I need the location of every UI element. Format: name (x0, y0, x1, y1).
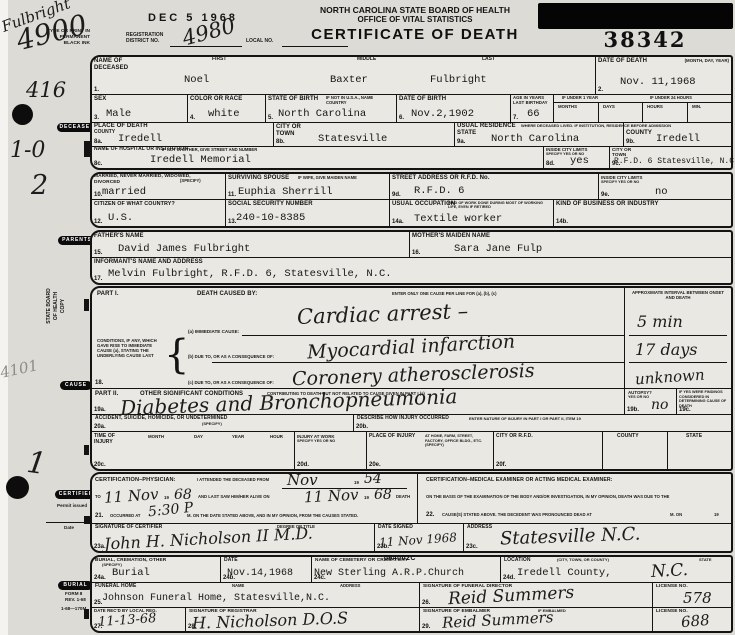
field-name-of-deceased: NAME OF DECEASED FIRST MIDDLE LAST 1. No… (92, 57, 596, 94)
residence-city-label: CITY OR TOWN (612, 147, 638, 158)
field-injury-county: COUNTY (603, 432, 668, 469)
ssn-label: SOCIAL SECURITY NUMBER (228, 201, 313, 208)
item-number: 1. (94, 87, 99, 93)
state-of-birth-label: STATE OF BIRTH (268, 96, 318, 103)
item-number: 24a. (94, 575, 106, 581)
date-of-birth-value: Nov.2,1902 (411, 108, 474, 120)
field-marital-status: MARRIED, NEVER MARRIED, WIDOWED, DIVORCE… (92, 174, 226, 199)
death-county-value: Iredell (118, 133, 162, 145)
occupation-sublabel: KIND OF WORK DONE DURING MOST OF WORKING… (448, 201, 548, 210)
field-state-of-birth: STATE OF BIRTH IF NOT IN U.S.A., NAME CO… (266, 95, 397, 122)
certifier-address-value: Statesville N.C. (500, 524, 641, 550)
place-of-injury-label: PLACE OF INJURY (369, 434, 415, 440)
usual-residence-label: USUAL RESIDENCE (457, 123, 516, 130)
injury-state-label: STATE (686, 434, 702, 440)
race-label: COLOR OR RACE (190, 96, 242, 103)
interval-line-a (629, 335, 727, 336)
due-to-b-label: (b) DUE TO, OR AS A CONSEQUENCE OF: (188, 355, 274, 360)
citizen-value: U.S. (108, 212, 133, 224)
section-cause: PART I. DEATH CAUSED BY: ENTER ONLY ONE … (90, 286, 733, 471)
informant-value: Melvin Fulbright, R.F.D. 6, Statesville,… (108, 268, 392, 280)
field-hospital: NAME OF HOSPITAL OR INSTITUTION IF NOT I… (92, 147, 544, 168)
funeral-home-value: Johnson Funeral Home, Statesville,N.C. (102, 593, 330, 604)
field-father: FATHER'S NAME 15. David James Fulbright (92, 232, 410, 257)
item-number: 15. (94, 250, 102, 256)
field-how-injury: DESCRIBE HOW INJURY OCCURRED ENTER NATUR… (354, 415, 731, 431)
year-prefix: 19 (364, 495, 369, 500)
injury-at-work-sublabel: SPECIFY YES OR NO (297, 439, 335, 443)
interval-a-value: 5 min (637, 312, 683, 331)
first-label: FIRST (212, 57, 226, 63)
margin-note-2: 2 (31, 170, 48, 201)
item-number: 8d. (546, 161, 555, 167)
item-number: 20c. (94, 462, 106, 468)
conditions-note: CONDITIONS, IF ANY, WHICH GAVE RISE TO I… (97, 338, 163, 359)
hospital-value: Iredell Memorial (150, 154, 251, 166)
spouse-label: SURVIVING SPOUSE (228, 175, 289, 182)
item-number: 22. (426, 512, 434, 518)
field-inside-city-limits-death: INSIDE CITY LIMITS SPECIFY YES OR NO 8d.… (544, 147, 610, 168)
field-street-address: STREET ADDRESS OR R.F.D. No. 9d. R.F.D. … (390, 174, 599, 199)
field-residence-state: USUAL RESIDENCE WHERE DECEASED LIVED. IF… (455, 123, 624, 146)
field-age-min: MIN. (688, 103, 731, 122)
item-number: 9e. (601, 192, 609, 198)
field-age-months: MONTHS (554, 103, 599, 122)
last-saw-label: AND LAST SAW HIM/HER ALIVE ON (198, 495, 270, 500)
registrar-signature: H. Nicholson D.O.S (192, 608, 349, 632)
certification-examiner-label: CERTIFICATION–MEDICAL EXAMINER OR ACTING… (426, 478, 613, 484)
street-address-label: STREET ADDRESS OR R.F.D. No. (392, 175, 490, 182)
attended-from-label: I ATTENDED THE DECEASED FROM (197, 478, 269, 483)
certification-physician-label: CERTIFICATION–PHYSICIAN: (95, 477, 176, 483)
occurred-rest-label: M. ON THE DATE STATED ABOVE, AND IN MY O… (187, 514, 358, 519)
item-number: 14a. (392, 219, 404, 225)
item-number: 20f. (496, 462, 506, 468)
cause-interval-column: APPROXIMATE INTERVAL BETWEEN ONSET AND D… (625, 288, 731, 388)
cause-instruction: ENTER ONLY ONE CAUSE PER LINE FOR (a), (… (392, 292, 496, 297)
field-age-under: IF UNDER 1 YEAR IF UNDER 24 HOURS MONTHS… (554, 95, 731, 122)
residence-city-value: R.F.D. 6 Statesville, N.C. (614, 157, 735, 166)
field-date-received: DATE REC'D BY LOCAL REG. 27. 11-13-68 (92, 608, 186, 631)
field-age-hours: HOURS (643, 103, 688, 122)
registration-district-label: REGISTRATION DISTRICT NO. (126, 32, 184, 44)
days-label: DAYS (603, 104, 615, 109)
item-number: 17. (94, 276, 102, 282)
autopsy-sublabel: YES OR NO (628, 395, 649, 399)
year-prefix: 19 (354, 480, 359, 485)
hospital-sublabel: IF NOT IN EITHER, GIVE STREET AND NUMBER (162, 148, 257, 153)
field-industry: KIND OF BUSINESS OR INDUSTRY 14b. (554, 200, 731, 226)
field-age: AGE IN YEARS LAST BIRTHDAY 7. 66 (511, 95, 554, 122)
field-certification-physician: CERTIFICATION–PHYSICIAN: I ATTENDED THE … (92, 474, 418, 523)
field-surviving-spouse: SURVIVING SPOUSE IF WIFE, GIVE MAIDEN NA… (226, 174, 390, 199)
fune­ral-home-name-sublabel: NAME (232, 584, 244, 589)
attended-from-year: 54 (364, 471, 382, 487)
industry-label: KIND OF BUSINESS OR INDUSTRY (556, 201, 659, 208)
item-number: 7. (513, 115, 518, 121)
months-label: MONTHS (558, 104, 577, 109)
item-number: 11. (228, 192, 236, 198)
examiner-text2: CAUSE(S) STATED ABOVE. THE DECEDENT WAS … (442, 513, 592, 518)
field-date-of-birth: DATE OF BIRTH 6. Nov.2,1902 (397, 95, 511, 122)
tab-cause: CAUSE (60, 381, 92, 390)
location-label: LOCATION (504, 558, 531, 564)
field-residence-city: CITY OR TOWN 9c. R.F.D. 6 Statesville, N… (610, 147, 731, 168)
name-label: NAME OF DECEASED (94, 58, 128, 72)
field-certification-examiner: CERTIFICATION–MEDICAL EXAMINER OR ACTING… (418, 474, 731, 523)
place-of-injury-sublabel: AT HOME, FARM, STREET, FACTORY, OFFICE B… (425, 434, 491, 448)
injury-county-label: COUNTY (617, 434, 639, 440)
field-date-of-death: DATE OF DEATH (MONTH, DAY, YEAR) 2. Nov.… (596, 57, 731, 94)
date-of-death-sublabel: (MONTH, DAY, YEAR) (685, 58, 729, 63)
ink-instruction: TYPE OR PRINT IN PERMANENT BLACK INK (44, 29, 90, 46)
month-label: MONTH (148, 434, 164, 439)
field-burial-date: DATE 24b. Nov.14,1968 (221, 557, 312, 582)
residence-state-value: North Carolina (491, 133, 579, 145)
marital-value: married (102, 186, 146, 198)
field-death-county: PLACE OF DEATH COUNTY 8a. Iredell (92, 123, 274, 146)
time-of-injury-label: TIME OF INJURY (94, 434, 124, 446)
part1-label: PART I. (97, 291, 119, 298)
informant-label: INFORMANT'S NAME AND ADDRESS (94, 259, 203, 266)
item-number: 4. (190, 115, 195, 121)
section-burial: BURIAL, CREMATION, OTHER (SPECIFY) 24a. … (90, 555, 733, 633)
examiner-text4: 19 (714, 513, 719, 518)
last-label: LAST (482, 57, 495, 63)
death-city-value: Statesville (318, 133, 387, 145)
inside-city-limits-value: yes (570, 155, 589, 167)
part2-label: PART II. (95, 391, 118, 398)
field-burial-type: BURIAL, CREMATION, OTHER (SPECIFY) 24a. … (92, 557, 221, 582)
injury-city-label: CITY OR R.F.D. (496, 434, 533, 440)
margin-note-1-0: 1-0 (10, 138, 45, 163)
section-personal: MARRIED, NEVER MARRIED, WIDOWED, DIVORCE… (90, 172, 733, 228)
item-number: 9b. (626, 139, 635, 145)
location-sublabel: (CITY, TOWN, OR COUNTY) (557, 558, 609, 563)
cemetery-stamp-code: 064002C (384, 555, 416, 562)
field-signature-of-certifier: SIGNATURE OF CERTIFIER DEGREE OR TITLE 2… (92, 524, 375, 551)
form-number: FORM 8 REV. 1-68 (65, 591, 93, 602)
permit-issued-label: Permit issued (57, 503, 91, 509)
item-number: 29. (422, 624, 430, 630)
item-number: 24d. (503, 575, 515, 581)
license-1-value: 578 (683, 589, 712, 607)
field-injury-state: STATE (668, 432, 731, 469)
cause-part1-area: PART I. DEATH CAUSED BY: ENTER ONLY ONE … (92, 288, 625, 388)
item-number: 18. (95, 380, 103, 386)
interval-header: APPROXIMATE INTERVAL BETWEEN ONSET AND D… (631, 290, 725, 300)
how-injury-sublabel: ENTER NATURE OF INJURY IN PART I OR PART… (469, 417, 581, 422)
field-funeral-home: FUNERAL HOME NAME ADDRESS 25. Johnson Fu… (92, 583, 420, 607)
under-24-hours-label: IF UNDER 24 HOURS (650, 96, 692, 101)
field-findings: IF YES WERE FINDINGS CONSIDERED IN DETER… (677, 389, 731, 414)
certificate-form: NAME OF DECEASED FIRST MIDDLE LAST 1. No… (90, 55, 733, 633)
item-number: 8b. (276, 139, 285, 145)
residence-county-value: Iredell (656, 133, 700, 145)
hours-label: HOURS (647, 104, 663, 109)
middle-name-value: Baxter (330, 74, 368, 86)
signature-certifier-label: SIGNATURE OF CERTIFIER (95, 525, 162, 531)
date-received-value: 11-13-68 (98, 611, 157, 630)
field-sex: SEX 3. Male (92, 95, 188, 122)
accident-sublabel: (SPECIFY) (202, 422, 222, 427)
inside-city-limits-value: no (655, 186, 668, 198)
section-deceased: NAME OF DECEASED FIRST MIDDLE LAST 1. No… (90, 55, 733, 170)
field-time-of-injury: TIME OF INJURY MONTH DAY YEAR HOUR 20c. (92, 432, 295, 469)
examiner-text3: M. ON (670, 513, 682, 518)
day-label: DAY (194, 434, 203, 439)
field-place-of-injury: PLACE OF INJURY AT HOME, FARM, STREET, F… (367, 432, 494, 469)
item-number: 9a. (457, 139, 465, 145)
how-injury-label: DESCRIBE HOW INJURY OCCURRED (357, 416, 449, 422)
field-race: COLOR OR RACE 4. white (188, 95, 266, 122)
item-number: 21. (95, 513, 103, 519)
mother-value: Sara Jane Fulp (454, 243, 542, 255)
immediate-cause-label: (a) IMMEDIATE CAUSE: (188, 329, 239, 334)
field-ssn: SOCIAL SECURITY NUMBER 13. 240-10-8385 (226, 200, 390, 226)
state-label: STATE (457, 130, 476, 137)
cemetery-value: New Sterling A.R.P.Church (314, 568, 464, 579)
burial-date-value: Nov.14,1968 (227, 568, 293, 579)
permit-date-label: Date (64, 525, 74, 530)
item-number: 12. (94, 219, 102, 225)
race-value: white (208, 108, 240, 120)
findings-label: IF YES WERE FINDINGS CONSIDERED IN DETER… (679, 390, 729, 408)
interval-c-value: unknown (634, 366, 705, 389)
location-value: Iredell County, (517, 567, 612, 579)
address-label: ADDRESS (467, 525, 492, 531)
field-inside-city-limits-residence: INSIDE CITY LIMITS SPECIFY YES OR NO 9e.… (599, 174, 731, 199)
attended-from-value: Nov (287, 471, 318, 489)
item-number: 20e. (369, 462, 381, 468)
scan-mark (84, 609, 89, 619)
field-accident-type: ACCIDENT, SUICIDE, HOMICIDE, OR UNDETERM… (92, 415, 354, 431)
redaction-box (538, 3, 733, 29)
to-label: TO (95, 495, 101, 500)
occupation-value: Textile worker (414, 213, 502, 225)
license-2-value: 688 (680, 611, 710, 631)
father-label: FATHER'S NAME (94, 233, 144, 240)
section-certification: CERTIFICATION–PHYSICIAN: I ATTENDED THE … (90, 472, 733, 553)
field-citizen: CITIZEN OF WHAT COUNTRY? 12. U.S. (92, 200, 226, 226)
field-age-days: DAYS (599, 103, 643, 122)
item-number: 14b. (556, 219, 568, 225)
item-number: 5. (268, 115, 273, 121)
tab-burial: BURIAL (58, 581, 93, 590)
year-label: YEAR (232, 434, 244, 439)
scan-mark (84, 299, 89, 311)
item-number: 20a. (94, 424, 106, 430)
due-to-c-label: (c) DUE TO, OR AS A CONSEQUENCE OF: (188, 381, 274, 386)
conditions-brace: { (164, 332, 189, 378)
mother-label: MOTHER'S MAIDEN NAME (412, 233, 490, 240)
item-number: 20b. (356, 424, 368, 430)
item-number: 16. (412, 250, 420, 256)
field-license-1: LICENSE NO. 578 (653, 583, 731, 607)
field-informant: INFORMANT'S NAME AND ADDRESS 17. Melvin … (92, 258, 731, 283)
field-burial-location: LOCATION (CITY, TOWN, OR COUNTY) STATE 2… (501, 557, 731, 582)
examiner-text: ON THE BASIS OF THE EXAMINATION OF THE B… (426, 494, 726, 499)
field-embalmer-signature: SIGNATURE OF EMBALMER IF EMBALMED 29. Re… (420, 608, 653, 631)
local-no-label: LOCAL NO. (246, 39, 273, 45)
spouse-value: Euphia Sherrill (238, 186, 333, 198)
location-state-sublabel: STATE (699, 558, 712, 563)
section-parents: FATHER'S NAME 15. David James Fulbright … (90, 230, 733, 285)
occupation-label: USUAL OCCUPATION (392, 201, 455, 208)
hole-punch-bottom (6, 476, 29, 499)
death-caused-by-label: DEATH CAUSED BY: (197, 291, 257, 298)
field-residence-county: COUNTY 9b. Iredell (624, 123, 731, 146)
field-autopsy: AUTOPSY? YES OR NO 19b. no (625, 389, 677, 414)
spouse-sublabel: IF WIFE, GIVE MAIDEN NAME (298, 176, 357, 181)
ssn-value: 240-10-8385 (236, 212, 305, 224)
field-other-conditions: PART II. OTHER SIGNIFICANT CONDITIONS CO… (92, 389, 625, 414)
field-registrar-signature: SIGNATURE OF REGISTRAR 28. H. Nicholson … (186, 608, 420, 631)
residence-county-label: COUNTY (626, 130, 652, 137)
min-label: MIN. (692, 104, 701, 109)
immediate-cause-value: Cardiac arrest – (297, 299, 469, 329)
sex-label: SEX (94, 96, 106, 103)
street-address-value: R.F.D. 6 (414, 185, 464, 197)
date-of-death-label: DATE OF DEATH (598, 58, 647, 65)
field-injury-at-work: INJURY AT WORK SPECIFY YES OR NO 20d. (295, 432, 367, 469)
last-saw-value: 11 Nov (304, 486, 359, 507)
state-of-birth-sublabel: IF NOT IN U.S.A., NAME COUNTRY (326, 96, 394, 106)
board-name: NORTH CAROLINA STATE BOARD OF HEALTH (290, 5, 540, 15)
field-death-city: CITY OR TOWN 8b. Statesville (274, 123, 455, 146)
item-number: 19c. (679, 407, 691, 413)
date-of-birth-label: DATE OF BIRTH (399, 96, 446, 103)
inside-city-limits-sublabel: SPECIFY YES OR NO (601, 180, 639, 184)
marital-sublabel: (SPECIFY) (180, 179, 201, 184)
burial-date-label: DATE (224, 558, 238, 564)
item-number: 8c. (94, 161, 102, 167)
item-number: 26. (422, 600, 430, 606)
funeral-home-address-sublabel: ADDRESS (340, 584, 360, 589)
field-date-signed: DATE SIGNED 23b. 11 Nov 1968 (375, 524, 464, 551)
margin-note-416: 416 (26, 78, 66, 102)
date-signed-value: 11 Nov 1968 (379, 530, 458, 549)
state-of-birth-value: North Carolina (278, 108, 366, 120)
last-saw-year-value: 68 (374, 487, 392, 503)
item-number: 8a. (94, 139, 102, 145)
first-name-value: Noel (184, 74, 209, 86)
year-prefix: 19 (164, 495, 169, 500)
field-license-2: LICENSE NO. 688 (653, 608, 731, 631)
local-no-line (282, 46, 348, 47)
copy-designation: STATE BOARD OF HEALTH COPY (46, 276, 86, 336)
item-number: 6. (399, 115, 404, 121)
last-name-value: Fulbright (430, 74, 487, 86)
interval-b-value: 17 days (635, 340, 697, 359)
location-state-value: N.C. (651, 560, 689, 582)
scan-mark (84, 445, 89, 455)
death-word-label: DEATH (396, 495, 410, 500)
occurred-at-label: OCCURRED AT (110, 514, 140, 519)
field-certifier-address: ADDRESS 23c. Statesville N.C. (464, 524, 731, 551)
burial-type-value: Burial (112, 567, 150, 579)
form-print-run: 1-68—170M (61, 606, 86, 611)
hour-label: HOUR (270, 434, 283, 439)
item-number: 19b. (627, 407, 639, 413)
item-number: 20d. (297, 462, 309, 468)
field-mother: MOTHER'S MAIDEN NAME 16. Sara Jane Fulp (410, 232, 731, 257)
sex-value: Male (106, 108, 131, 120)
item-number: 19a. (94, 407, 106, 413)
item-number: 2. (598, 87, 603, 93)
under-1-year-label: IF UNDER 1 YEAR (562, 96, 598, 101)
date-of-death-value: Nov. 11,1968 (620, 76, 696, 88)
field-injury-city: CITY OR R.F.D. 20f. (494, 432, 603, 469)
item-number: 3. (94, 115, 99, 121)
item-number: 23c. (466, 544, 478, 550)
age-under-header: IF UNDER 1 YEAR IF UNDER 24 HOURS (554, 95, 731, 103)
certificate-number: 38342 (575, 29, 715, 50)
registration-line (170, 46, 242, 47)
scan-edge (0, 0, 8, 635)
date-signed-label: DATE SIGNED (378, 525, 413, 531)
interval-line-b (629, 362, 727, 363)
citizen-label: CITIZEN OF WHAT COUNTRY? (94, 201, 175, 207)
certificate-title: CERTIFICATE OF DEATH (290, 27, 540, 44)
hole-punch-top (12, 104, 33, 125)
county-label: COUNTY (94, 130, 115, 136)
field-occupation: USUAL OCCUPATION KIND OF WORK DONE DURIN… (390, 200, 554, 226)
father-value: David James Fulbright (118, 243, 250, 255)
item-number: 9d. (392, 192, 401, 198)
middle-label: MIDDLE (357, 57, 376, 63)
city-or-town-label: CITY OR TOWN (276, 124, 304, 138)
autopsy-value: no (651, 397, 668, 413)
field-funeral-director-signature: SIGNATURE OF FUNERAL DIRECTOR 26. Reid S… (420, 583, 653, 607)
field-cemetery: NAME OF CEMETERY OR CREMATORY 064002C 24… (312, 557, 501, 582)
funeral-home-label: FUNERAL HOME (95, 584, 136, 590)
age-value: 66 (527, 108, 540, 120)
office-name: OFFICE OF VITAL STATISTICS (290, 15, 540, 25)
age-label: AGE IN YEARS LAST BIRTHDAY (513, 96, 551, 106)
